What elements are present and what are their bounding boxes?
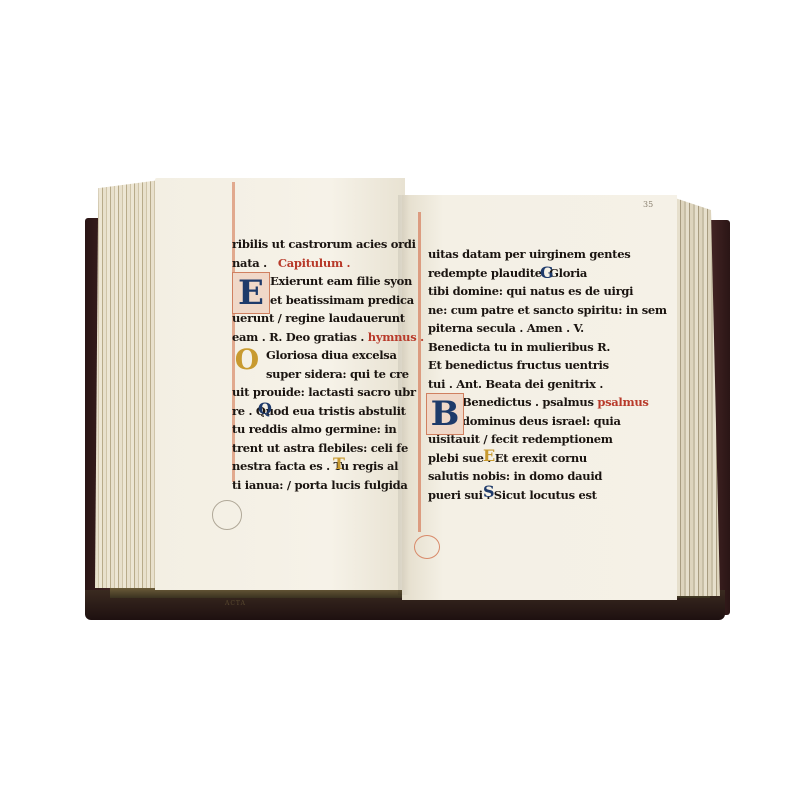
text-line-with-rubric: nata . Capitulum . [232, 254, 424, 273]
text-line: Et benedictus fructus uentris [428, 356, 667, 375]
text-line: tu reddis almo germine: in [232, 420, 424, 439]
text-line: pueri sui . Sicut locutus est [428, 486, 667, 505]
text-line: tibi domine: qui natus es de uirgi [428, 282, 667, 301]
initial-o-gold: O [232, 344, 262, 376]
text-line: ribilis ut castrorum acies ordi [232, 235, 424, 254]
left-flourish [212, 500, 242, 530]
text-line: nestra facta es . Tu regis al [232, 457, 424, 476]
spine-stamp: ACTA [225, 600, 246, 607]
initial-b-blue: B [426, 393, 464, 435]
rubric-hymnus: hymnus . [368, 330, 424, 344]
manuscript-photo: ACTA 35 ribilis ut castrorum acies ordi … [0, 0, 800, 800]
initial-q-blue: Q [258, 400, 272, 418]
right-page-text: uitas datam per uirginem gentes redempte… [428, 245, 667, 504]
page-edges-left [95, 180, 160, 588]
text-line: Benedicta tu in mulieribus R. [428, 338, 667, 357]
rubric-psalmus: psalmus [597, 395, 648, 409]
text-line: nata . [232, 256, 267, 270]
text-line: Benedictus . psalmus [462, 395, 594, 409]
text-line: ne: cum patre et sancto spiritu: in sem [428, 301, 667, 320]
text-line: trent ut astra flebiles: celi fe [232, 439, 424, 458]
text-line: plebi sue . Et erexit cornu [428, 449, 667, 468]
rubric-capitulum: Capitulum . [278, 256, 350, 270]
folio-number: 35 [643, 200, 653, 209]
right-flourish [414, 535, 440, 559]
text-line: tui . Ant. Beata dei genitrix . [428, 375, 667, 394]
initial-g-blue: G [540, 264, 554, 282]
text-line: uitas datam per uirginem gentes [428, 245, 667, 264]
text-line: eam . R. Deo gratias . [232, 330, 364, 344]
initial-s-blue: S [483, 483, 495, 501]
initial-e-blue: E [232, 272, 270, 314]
initial-e-gold: E [483, 447, 495, 465]
initial-t-gold: T [333, 455, 345, 473]
text-line: piterna secula . Amen . V. [428, 319, 667, 338]
text-line: ti ianua: / porta lucis fulgida [232, 476, 424, 495]
text-line: salutis nobis: in domo dauid [428, 467, 667, 486]
